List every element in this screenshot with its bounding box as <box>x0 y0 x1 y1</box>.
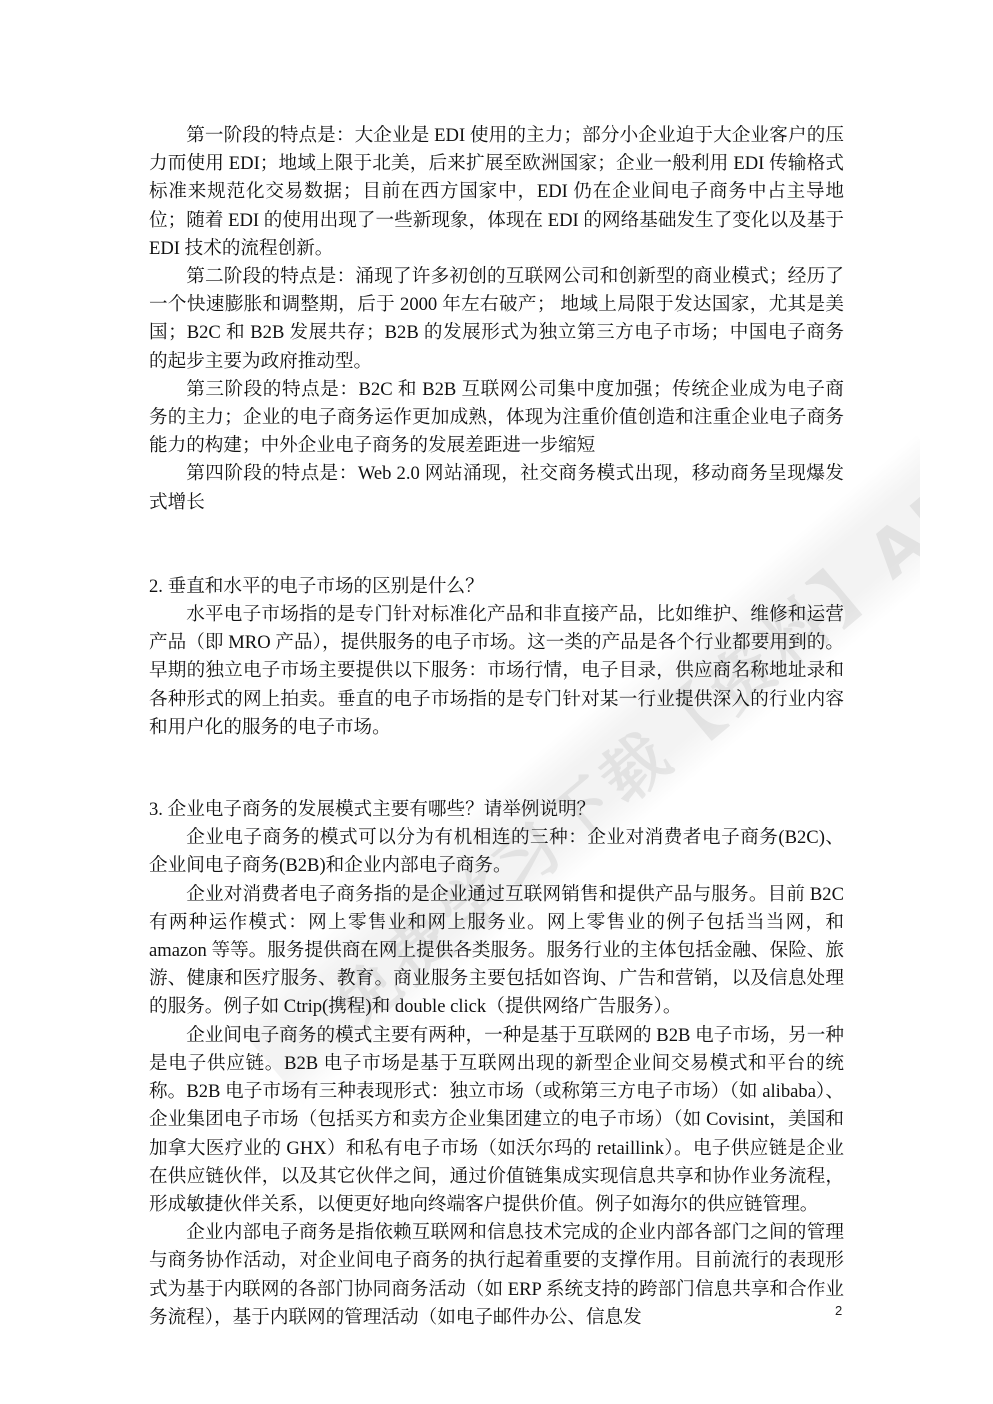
question-3-paragraph-1: 企业电子商务的模式可以分为有机相连的三种：企业对消费者电子商务(B2C)、企业间… <box>149 824 844 880</box>
spacer <box>149 517 844 573</box>
page-number: 2 <box>835 1303 842 1318</box>
question-3-paragraph-2: 企业对消费者电子商务指的是企业通过互联网销售和提供产品与服务。目前 B2C 有两… <box>149 881 844 1022</box>
spacer <box>149 742 844 796</box>
question-2-title: 2. 垂直和水平的电子市场的区别是什么？ <box>149 573 844 601</box>
paragraph-stage-1: 第一阶段的特点是：大企业是 EDI 使用的主力；部分小企业迫于大企业客户的压力而… <box>149 122 844 263</box>
document-body: 第一阶段的特点是：大企业是 EDI 使用的主力；部分小企业迫于大企业客户的压力而… <box>149 122 844 1332</box>
question-3-paragraph-4: 企业内部电子商务是指依赖互联网和信息技术完成的企业内部各部门之间的管理与商务协作… <box>149 1219 844 1332</box>
question-3-paragraph-3: 企业间电子商务的模式主要有两种，一种是基于互联网的 B2B 电子市场，另一种是电… <box>149 1022 844 1219</box>
question-3-title: 3. 企业电子商务的发展模式主要有哪些？请举例说明？ <box>149 796 844 824</box>
document-page: 免费学习下载【资料】APP 第一阶段的特点是：大企业是 EDI 使用的主力；部分… <box>0 0 993 1404</box>
question-2-answer: 水平电子市场指的是专门针对标准化产品和非直接产品，比如维护、维修和运营产品（即 … <box>149 601 844 742</box>
paragraph-stage-4: 第四阶段的特点是：Web 2.0 网站涌现，社交商务模式出现，移动商务呈现爆发式… <box>149 460 844 516</box>
paragraph-stage-2: 第二阶段的特点是：涌现了许多初创的互联网公司和创新型的商业模式；经历了一个快速膨… <box>149 263 844 376</box>
paragraph-stage-3: 第三阶段的特点是：B2C 和 B2B 互联网公司集中度加强；传统企业成为电子商务… <box>149 376 844 461</box>
